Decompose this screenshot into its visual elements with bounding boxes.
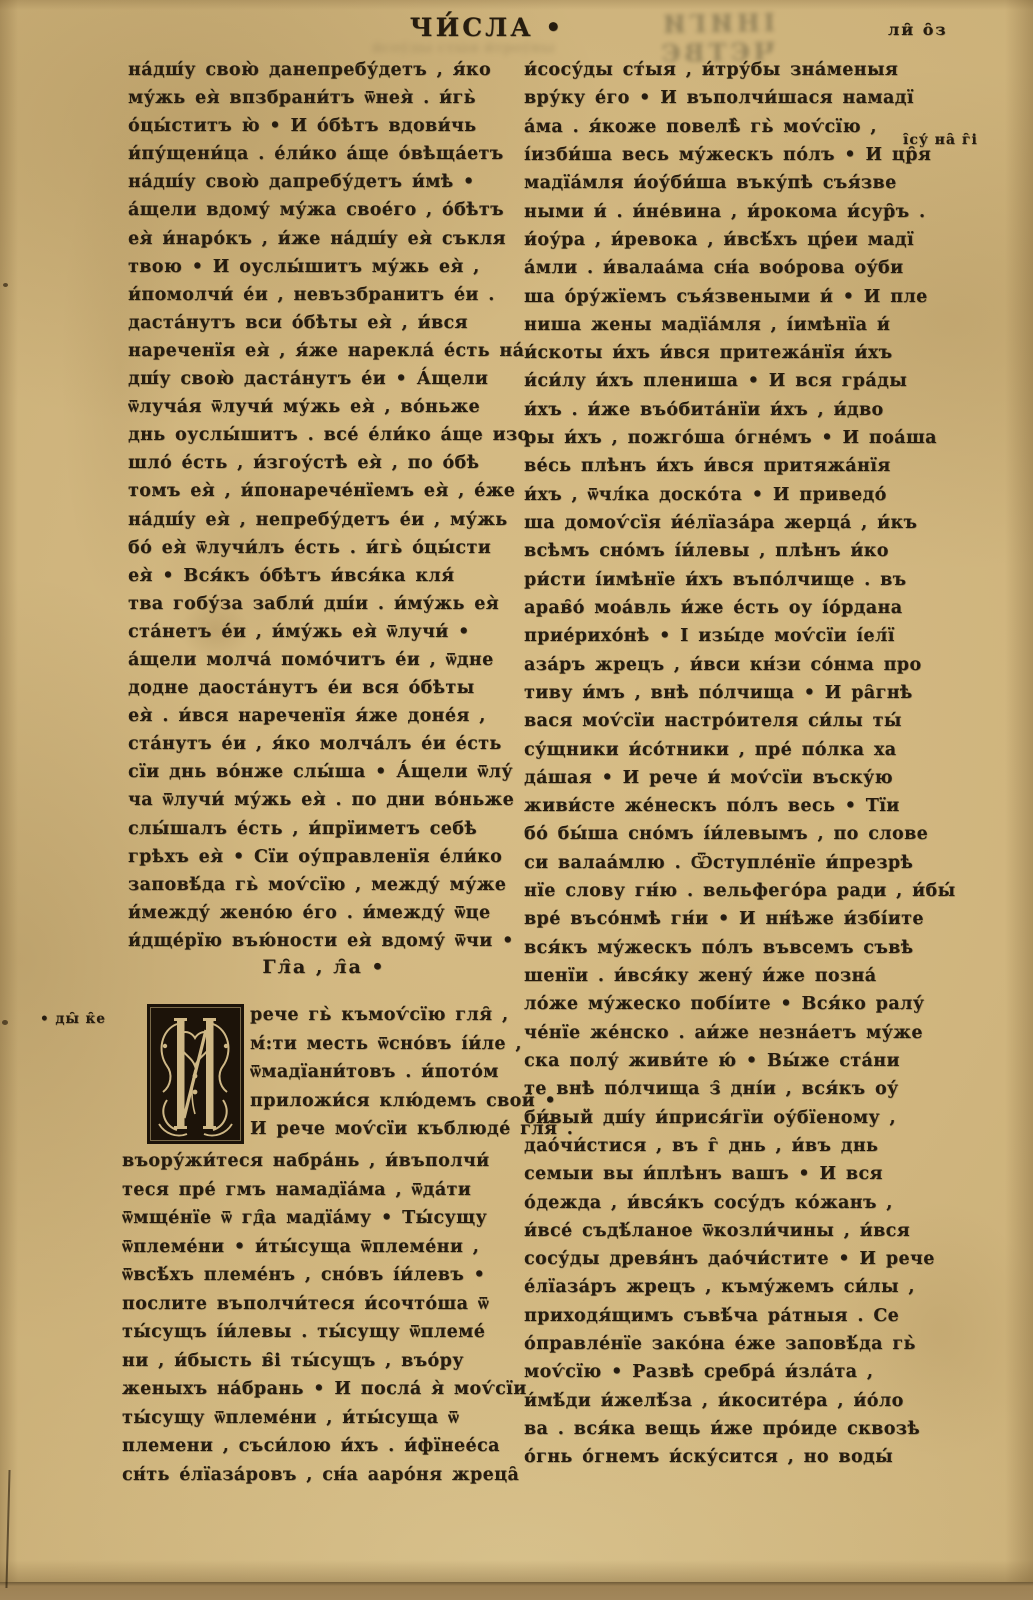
text-line: въору́жи́теся набра́нь , и́въполчи́ bbox=[122, 1147, 522, 1176]
text-line: шенїи . и́вся́ку жену́ и́же позна́ bbox=[524, 962, 930, 990]
text-line: и́все́ съдѣ́ланое ѿкозли́чины , и́вся bbox=[524, 1217, 930, 1245]
text-column-right: и́сосу́ды ст́ыя , и́тру́бы зна́меныявру́… bbox=[524, 56, 930, 1472]
text-line: ста́нутъ е́и , я́ко молча́лъ е́и е́сть bbox=[128, 730, 520, 758]
text-line: и́хъ . и́же въо́бита́нїи и́хъ , и́дво bbox=[524, 396, 930, 424]
text-line: дао́чи́стися , въ г̑ днь , и́въ днь bbox=[524, 1132, 930, 1160]
text-line: днь оуслы́шитъ . все́ е́ли́ко а́ще изо bbox=[128, 421, 520, 449]
dropcap-initial-icon bbox=[147, 1004, 244, 1144]
text-line: грѣхъ ея̀ • Сїи оу́правленїя е́ли́ко bbox=[128, 843, 520, 871]
page-edge-shadow bbox=[1005, 0, 1033, 1600]
text-column-left-lower: въору́жи́теся набра́нь , и́въполчи́теся … bbox=[122, 1147, 522, 1489]
text-line: ва . вся́ка вещь и́же про́иде сквозѣ bbox=[524, 1415, 930, 1443]
text-line: ѿплеме́ни • и́ты́суща ѿплеме́ни , bbox=[122, 1233, 522, 1262]
ink-speck bbox=[3, 283, 8, 287]
text-line: о́дежда , и́вся́къ сосу́дъ ко́жанъ , bbox=[524, 1189, 930, 1217]
text-line: заповѣ́да гь̀ моѵ́сїю , между́ му́же bbox=[128, 871, 520, 899]
text-line: о́цы́ститъ ю̀ • И о́бѣтъ вдови́чь bbox=[128, 112, 520, 140]
folio-number: ли̑ о̑з bbox=[888, 20, 1008, 39]
text-line: всѣмъ сно́мъ і́и́левы , плѣнъ и́ко bbox=[524, 537, 930, 565]
text-line: і́изби́ша весь му́жескъ по́лъ • И цр̑я bbox=[524, 141, 930, 169]
text-line: ѿмще́нїе ѿ гд̑а мадїа́му • Ты́сущу bbox=[122, 1204, 522, 1233]
text-line: ея̀ и́наро́къ , и́же на́дш́у ея̀ съкля bbox=[128, 225, 520, 253]
text-line: твою • И оуслы́шитъ му́жь ея̀ , bbox=[128, 253, 520, 281]
page-edge-shadow bbox=[0, 1560, 1033, 1582]
text-line: племени , съси́лою и́хъ . и́фїнее́са bbox=[122, 1432, 522, 1461]
text-line: живи́сте же́нескъ по́лъ весь • Тїи bbox=[524, 792, 930, 820]
margin-note-reference: • ды̑ к̑е bbox=[40, 1011, 140, 1027]
text-line: ша домоѵ́сїя и́е́лїаза́ра жерца́ , и́къ bbox=[524, 509, 930, 537]
text-line: и́мѣ́ди и́желѣ́за , и́косите́ра , и́о́ло bbox=[524, 1387, 930, 1415]
text-line: и́между́ жено́ю е́го . и́между́ ѿце bbox=[128, 899, 520, 927]
text-line: ве́сь плѣнъ и́хъ и́вся притяжа́нїя bbox=[524, 452, 930, 480]
text-line: ниша жены мадїа́мля , і́имѣнїа и́ bbox=[524, 311, 930, 339]
text-line: дш́у свою̀ даста́нутъ е́и • А́щели bbox=[128, 365, 520, 393]
text-line: на́дш́у свою̀ данепребу́детъ , я́ко bbox=[128, 56, 520, 84]
text-line: ными и́ . и́не́вина , и́рокома и́сур̑ъ . bbox=[524, 198, 930, 226]
text-line: моѵ́сїю • Развѣ сребра́ и́зла́та , bbox=[524, 1358, 930, 1386]
text-line: шло́ е́сть , и́згоу́стѣ ея̀ , по о́бѣ bbox=[128, 449, 520, 477]
text-line: мадїа́мля и́оу́би́ша въку́пѣ съя́зве bbox=[524, 169, 930, 197]
page-edge-shadow bbox=[0, 0, 18, 1600]
text-line: че́нїе же́нско . аи́же незна́етъ му́же bbox=[524, 1019, 930, 1047]
text-line: а́ма . я́коже повелѣ̀ гь̀ моѵ́сїю , bbox=[524, 113, 930, 141]
text-line: вася моѵ́сїи настро́ителя си́лы ты́ bbox=[524, 707, 930, 735]
text-line: и́си́лу и́хъ плениша • И вся гра́ды bbox=[524, 367, 930, 395]
text-line: му́жь ея̀ впзбрани́тъ ѿнея̀ . и́гь̀ bbox=[128, 84, 520, 112]
text-line: ѿлуча́я ѿлучи́ му́жь ея̀ , во́ньже bbox=[128, 393, 520, 421]
text-line: а́щели вдому́ му́жа свое́го , о́бѣтъ bbox=[128, 196, 520, 224]
text-line: даста́нутъ вси о́бѣты ея̀ , и́вся bbox=[128, 309, 520, 337]
text-line: о́гнь о́гнемъ и́ску́сится , но воды́ bbox=[524, 1443, 930, 1471]
text-line: и́хъ , ѿчл́ка доско́та • И приведо́ bbox=[524, 481, 930, 509]
text-line: тва гобу́за забли́ дш́и . и́му́жь ея̀ bbox=[128, 590, 520, 618]
text-line: ло́же му́жеско побі́ите • Вся́ко ралу́ bbox=[524, 990, 930, 1018]
text-line: ры и́хъ , пожго́ша о́гне́мъ • И поа́ша bbox=[524, 424, 930, 452]
text-line: те внѣ по́лчища з̑ дні́и , вся́къ оу́ bbox=[524, 1075, 930, 1103]
text-line: о́правле́нїе зако́на е́же заповѣ́да гь̀ bbox=[524, 1330, 930, 1358]
text-line: и́сосу́ды ст́ыя , и́тру́бы зна́меныя bbox=[524, 56, 930, 84]
text-line: ея̀ . и́вся нареченїя я́же доне́я , bbox=[128, 702, 520, 730]
text-line: ты́сущу ѿплеме́ни , и́ты́суща ѿ bbox=[122, 1404, 522, 1433]
text-line: ѿвсѣ́хъ племе́нъ , сно́въ і́и́левъ • bbox=[122, 1261, 522, 1290]
text-line: арав̑о́ моа́вль и́же е́сть оу і́о́рдана bbox=[524, 594, 930, 622]
text-line: ша о́ру́жїемъ съя́звеными и́ • И пле bbox=[524, 283, 930, 311]
text-line: би́вый дш́у и́прися́гїи оу́бїеному , bbox=[524, 1104, 930, 1132]
chapter-heading: Гл̑а , л̑а • bbox=[128, 956, 520, 978]
ink-speck bbox=[2, 1020, 8, 1025]
text-line: бо́ бы́ша сно́мъ і́и́левымъ , по слове bbox=[524, 820, 930, 848]
text-line: послите въполчи́теся и́сочто́ша ѿ bbox=[122, 1290, 522, 1319]
ink-speck bbox=[873, 68, 877, 72]
text-line: вре́ въсо́нмѣ гн́и • И нн́ѣже и́збі́ите bbox=[524, 905, 930, 933]
text-line: ри́сти і́имѣнїе и́хъ въпо́лчище . въ bbox=[524, 566, 930, 594]
text-line: слы́шалъ е́сть , и́прїиметъ себѣ bbox=[128, 815, 520, 843]
book-page: ІНИГИ ЧЄТВЄ и́соу́ды сты́я и́троу́вы ЧИ́… bbox=[0, 0, 1033, 1600]
text-line: и́дще́рїю въю́ности ея̀ вдому́ ѿчи • bbox=[128, 927, 520, 955]
text-line: и́помолчи́ е́и , невъзбранитъ е́и . bbox=[128, 281, 520, 309]
text-line: ска полу́ живи́те ю́ • Вы́же ста́ни bbox=[524, 1047, 930, 1075]
running-title: ЧИ́СЛА • bbox=[387, 13, 587, 42]
text-line: су́щники и́со́тники , пре́ по́лка ха bbox=[524, 736, 930, 764]
text-line: ча ѿлучи́ му́жь ея̀ . по дни во́ньже bbox=[128, 786, 520, 814]
text-line: е́лїаза́ръ жрецъ , къму́жемъ си́лы , bbox=[524, 1273, 930, 1301]
text-line: сосу́ды древя́нъ дао́чи́стите • И рече bbox=[524, 1245, 930, 1273]
text-line: и́пу́щени́ца . е́ли́ко а́ще о́вѣща́етъ bbox=[128, 140, 520, 168]
text-line: сїи днь во́нже слы́ша • А́щели ѿлу́ bbox=[128, 758, 520, 786]
text-line: и́скоты и́хъ и́вся притежа́нїя и́хъ bbox=[524, 339, 930, 367]
text-line: семыи вы и́плѣнъ вашъ • И вся bbox=[524, 1160, 930, 1188]
text-line: а́щели молча́ помо́читъ е́и , ѿдне bbox=[128, 646, 520, 674]
text-line: ты́сущъ і́и́левы . ты́сущу ѿплеме́ bbox=[122, 1318, 522, 1347]
text-line: нареченїя ея̀ , я́же нарекла́ е́сть на́ bbox=[128, 337, 520, 365]
dropcap-section: рече гь̀ къмоѵ́сїю гля̑ ,м́:ти месть ѿсн… bbox=[128, 1001, 520, 1147]
text-line: на́дш́у ея̀ , непребу́детъ е́и , му́жь bbox=[128, 506, 520, 534]
page-bottom-edge bbox=[0, 1582, 1033, 1600]
text-line: и́оу́ра , и́ревока , и́всѣ́хъ цр́еи мадї bbox=[524, 226, 930, 254]
text-line: да́шая • И рече и́ моѵ́сїи въску́ю bbox=[524, 764, 930, 792]
text-line: женыхъ на́брань • И посла́ я̀ моѵ́сїи bbox=[122, 1375, 522, 1404]
text-line: тиву и́мъ , внѣ по́лчища • И ра̑гнѣ bbox=[524, 679, 930, 707]
text-line: вся́къ му́жескъ по́лъ въвсемъ съвѣ bbox=[524, 934, 930, 962]
text-line: сн́ть е́лїаза́ровъ , сн́а ааро́ня жреца̑ bbox=[122, 1461, 522, 1490]
text-line: си валаа́млю . Ѿступле́нїе и́презрѣ bbox=[524, 849, 930, 877]
text-line: теся пре́ гмъ намадїа́ма , ѿда́ти bbox=[122, 1176, 522, 1205]
page-edge-shadow bbox=[0, 0, 1033, 10]
text-line: а́мли . и́валаа́ма сн́а воо́рова оу́би bbox=[524, 254, 930, 282]
text-line: томъ ея̀ , и́понарече́нїемъ ея̀ , е́же bbox=[128, 477, 520, 505]
text-line: вру́ку е́го • И въполчи́шася намадї bbox=[524, 84, 930, 112]
text-line: на́дш́у свою̀ дапребу́детъ и́мѣ • bbox=[128, 168, 520, 196]
text-column-left: на́дш́у свою̀ данепребу́детъ , я́кому́жь… bbox=[128, 56, 520, 955]
text-line: ни , и́бысть в̑і ты́сущъ , въо́ру bbox=[122, 1347, 522, 1376]
text-line: ста́нетъ е́и , и́му́жь ея̀ ѿлучи́ • bbox=[128, 618, 520, 646]
text-line: аза́ръ жрецъ , и́вси кн́зи со́нма про bbox=[524, 651, 930, 679]
text-line: прие́рихо́нѣ • І изы́де моѵ́сїи і́ел́ї bbox=[524, 622, 930, 650]
text-line: приходя́щимъ съвѣ́ча ра́тныя . Се bbox=[524, 1302, 930, 1330]
text-line: додне даоста́нутъ е́и вся о́бѣты bbox=[128, 674, 520, 702]
text-line: бо́ ея̀ ѿлучи́лъ е́сть . и́гь̀ о́цы́сти bbox=[128, 534, 520, 562]
text-line: ея̀ • Вся́къ о́бѣтъ и́вся́ка кля́ bbox=[128, 562, 520, 590]
text-line: нїе слову гн́ю . вельфего́ра ради , и́бы… bbox=[524, 877, 930, 905]
